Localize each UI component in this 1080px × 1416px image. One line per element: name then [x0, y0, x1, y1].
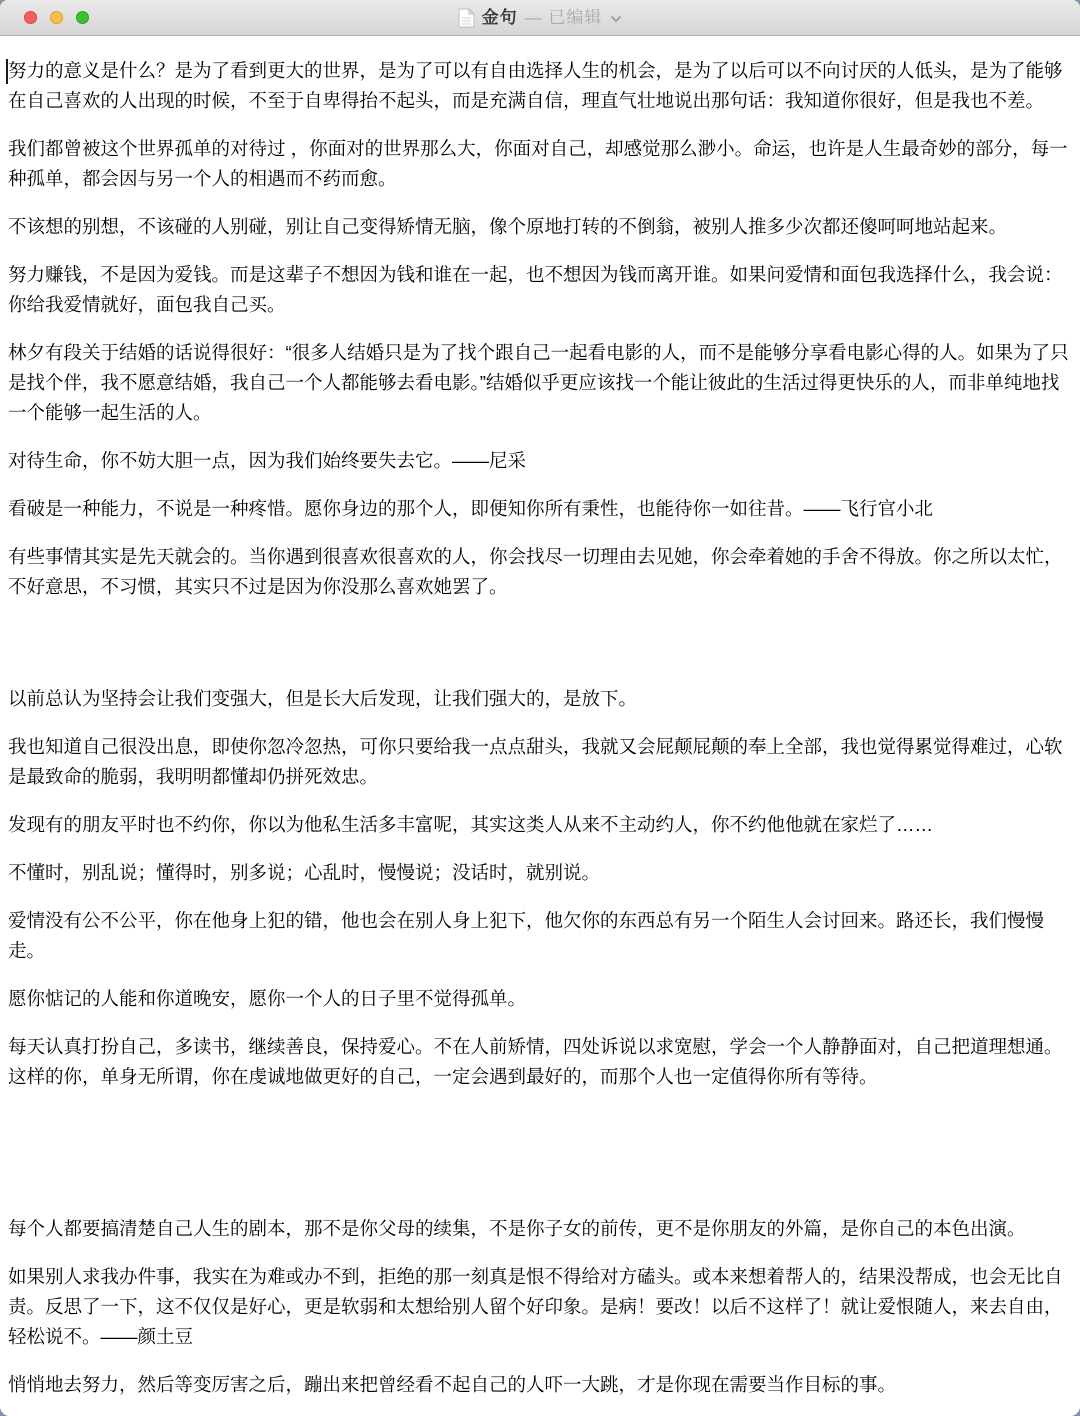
paragraph[interactable]: 努力的意义是什么？是为了看到更大的世界，是为了可以有自由选择人生的机会，是为了以…: [8, 56, 1072, 116]
text-cursor: [6, 59, 8, 84]
text-editor-area[interactable]: 努力的意义是什么？是为了看到更大的世界，是为了可以有自由选择人生的机会，是为了以…: [0, 36, 1080, 1416]
minimize-button[interactable]: [50, 11, 63, 24]
paragraph[interactable]: 努力赚钱，不是因为爱钱。而是这辈子不想因为钱和谁在一起，也不想因为钱而离开谁。如…: [8, 260, 1072, 320]
paragraph[interactable]: 有些事情其实是先天就会的。当你遇到很喜欢很喜欢的人，你会找尽一切理由去见她，你会…: [8, 542, 1072, 602]
paragraph[interactable]: 不该想的别想，不该碰的人别碰，别让自己变得矫情无脑，像个原地打转的不倒翁，被别人…: [8, 212, 1072, 242]
paragraph[interactable]: 每天认真打扮自己，多读书，继续善良，保持爱心。不在人前矫情，四处诉说以求宽慰，学…: [8, 1032, 1072, 1092]
paragraph[interactable]: 每个人都要搞清楚自己人生的剧本，那不是你父母的续集，不是你子女的前传，更不是你朋…: [8, 1214, 1072, 1244]
paragraph[interactable]: 如果别人求我办件事，我实在为难或办不到，拒绝的那一刻真是恨不得给对方磕头。或本来…: [8, 1262, 1072, 1352]
window-title-group: 金句 — 已编辑: [458, 0, 623, 35]
edited-status: — 已编辑: [525, 0, 603, 35]
paragraph[interactable]: 看破是一种能力，不说是一种疼惜。愿你身边的那个人，即便知你所有秉性，也能待你一如…: [8, 494, 1072, 524]
paragraph[interactable]: 悄悄地去努力，然后等变厉害之后，蹦出来把曾经看不起自己的人吓一大跳，才是你现在需…: [8, 1370, 1072, 1400]
chevron-down-icon[interactable]: [610, 15, 622, 23]
paragraph[interactable]: 爱情没有公不公平，你在他身上犯的错，他也会在别人身上犯下，他欠你的东西总有另一个…: [8, 906, 1072, 966]
zoom-button[interactable]: [76, 11, 89, 24]
paragraph[interactable]: 林夕有段关于结婚的话说得很好：“很多人结婚只是为了找个跟自己一起看电影的人，而不…: [8, 338, 1072, 428]
close-button[interactable]: [24, 11, 37, 24]
paragraph[interactable]: 发现有的朋友平时也不约你，你以为他私生活多丰富呢，其实这类人从来不主动约人，你不…: [8, 810, 1072, 840]
title-bar[interactable]: 金句 — 已编辑: [0, 0, 1080, 36]
paragraph[interactable]: 我们都曾被这个世界孤单的对待过 ，你面对的世界那么大，你面对自己，却感觉那么渺小…: [8, 134, 1072, 194]
textedit-window: 金句 — 已编辑 努力的意义是什么？是为了看到更大的世界，是为了可以有自由选择人…: [0, 0, 1080, 1416]
window-controls: [24, 11, 89, 24]
paragraph[interactable]: 不懂时，别乱说；懂得时，别多说；心乱时，慢慢说；没话时，就别说。: [8, 858, 1072, 888]
window-title: 金句: [482, 0, 518, 35]
paragraph[interactable]: 愿你惦记的人能和你道晚安，愿你一个人的日子里不觉得孤单。: [8, 984, 1072, 1014]
document-icon[interactable]: [458, 8, 475, 28]
paragraph[interactable]: 我也知道自己很没出息，即使你忽冷忽热，可你只要给我一点点甜头，我就又会屁颠屁颠的…: [8, 732, 1072, 792]
paragraph[interactable]: 以前总认为坚持会让我们变强大，但是长大后发现，让我们强大的，是放下。: [8, 684, 1072, 714]
paragraph[interactable]: 对待生命，你不妨大胆一点，因为我们始终要失去它。——尼采: [8, 446, 1072, 476]
